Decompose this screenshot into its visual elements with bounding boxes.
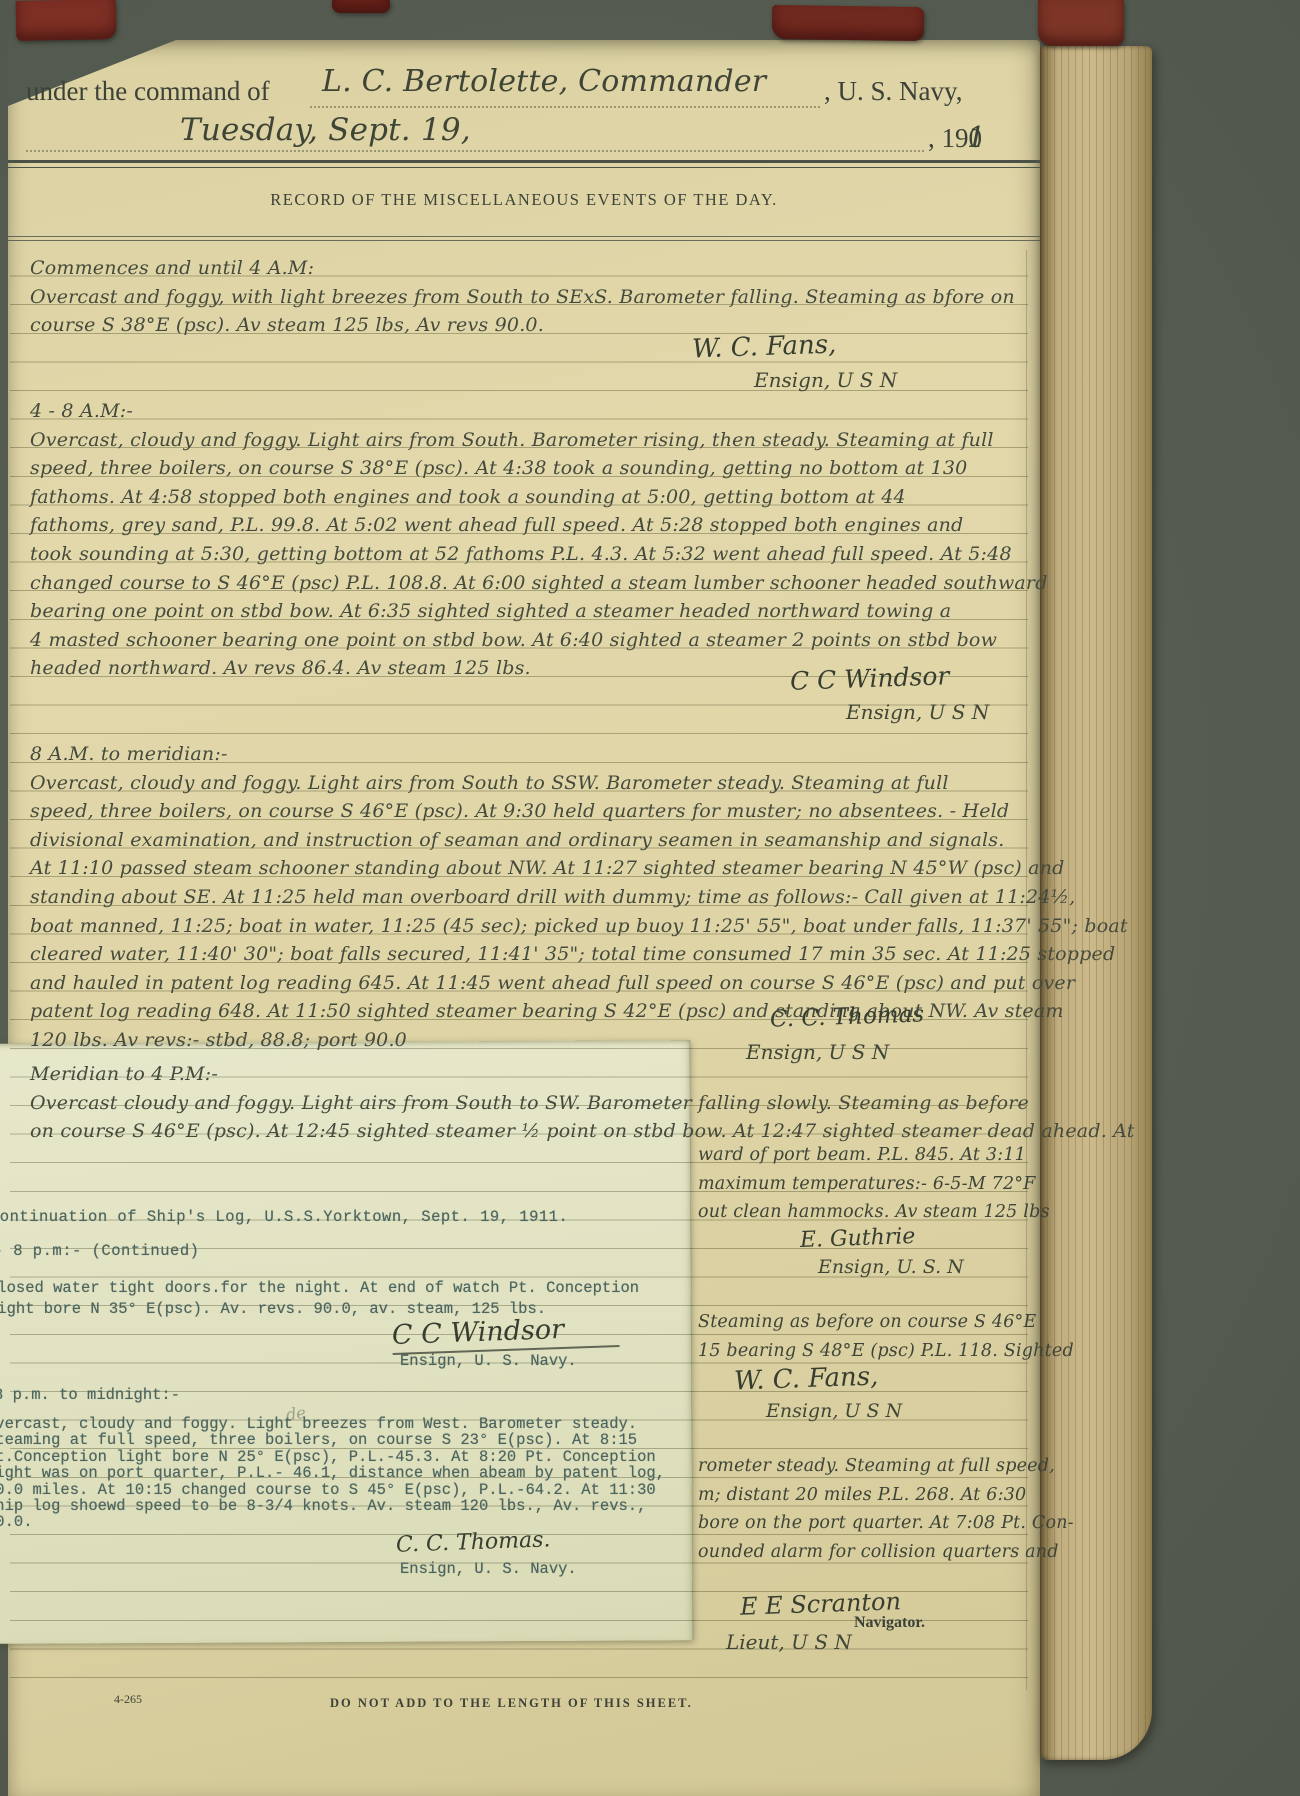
log-line: changed course to S 46°E (psc) P.L. 108.…: [30, 569, 1035, 598]
log-entry-4-8am: 4 - 8 A.M:- Overcast, cloudy and foggy. …: [30, 397, 1035, 683]
log-line: ward of port beam. P.L. 845. At 3:11: [698, 1141, 1043, 1170]
log-line: cleared water, 11:40' 30"; boat falls se…: [30, 940, 1035, 969]
form-number: 4-265: [114, 1692, 142, 1707]
log-line: Overcast, cloudy and foggy. Light airs f…: [30, 426, 1035, 455]
ship-log-page-scan: under the command of L. C. Bertolette, C…: [0, 0, 1300, 1796]
log-line: rometer steady. Steaming at full speed,: [698, 1452, 1043, 1481]
signature: C. C. Thomas: [770, 1001, 925, 1032]
signature-rank: Ensign, U S N: [766, 1400, 902, 1422]
log-line: course S 38°E (psc). Av steam 125 lbs, A…: [30, 311, 1035, 340]
typed-line: 90.0.: [0, 1514, 665, 1530]
title-divider: [8, 236, 1040, 241]
signature-rank: Ensign, U. S. N: [818, 1256, 964, 1278]
log-line: speed, three boilers, on course S 38°E (…: [30, 454, 1035, 483]
slip-subheading: 4 - 8 p.m:- (Continued): [0, 1242, 199, 1260]
log-line: fathoms, grey sand, P.L. 99.8. At 5:02 w…: [30, 511, 1035, 540]
log-line: bore on the port quarter. At 7:08 Pt. Co…: [698, 1509, 1043, 1538]
header-divider: [8, 160, 1040, 168]
commander-name-handwritten: L. C. Bertolette, Commander: [322, 64, 766, 99]
log-line: boat manned, 11:25; boat in water, 11:25…: [30, 912, 1035, 941]
log-entry-commences: Commences and until 4 A.M: Overcast and …: [30, 254, 1035, 340]
signature-rank: Ensign, U S N: [754, 368, 897, 392]
signature: E. Guthrie: [800, 1224, 916, 1253]
fill-in-rule: [26, 150, 924, 152]
slip-title: Continuation of Ship's Log, U.S.S.Yorkto…: [0, 1208, 568, 1226]
entry-heading: 8 A.M. to meridian:-: [30, 740, 1035, 769]
typed-line: Closed water tight doors.for the night. …: [0, 1278, 639, 1299]
right-column-block-night: rometer steady. Steaming at full speed, …: [698, 1452, 1043, 1567]
printed-navy-suffix: , U. S. Navy,: [824, 76, 963, 107]
slip-signature-rank: Ensign, U. S. Navy.: [400, 1352, 577, 1370]
signature: W. C. Fans,: [692, 329, 837, 364]
entry-heading: Meridian to 4 P.M:-: [30, 1060, 1035, 1089]
log-line: 4 masted schooner bearing one point on s…: [30, 626, 1035, 655]
log-line: Steaming as before on course S 46°E: [698, 1308, 1043, 1337]
signature: W. C. Fans,: [734, 1361, 879, 1396]
pencil-note: de: [285, 1403, 307, 1425]
log-line: out clean hammocks. Av steam 125 lbs: [698, 1198, 1043, 1227]
log-line: maximum temperatures:- 6-5-M 72°F: [698, 1170, 1043, 1199]
log-line: Overcast cloudy and foggy. Light airs fr…: [30, 1089, 1035, 1118]
year-digit-handwritten: 1: [967, 120, 986, 154]
log-line: standing about SE. At 11:25 held man ove…: [30, 883, 1035, 912]
slip-heading-8pm: 8 p.m. to midnight:-: [0, 1386, 180, 1404]
log-line: Overcast, cloudy and foggy. Light airs f…: [30, 769, 1035, 798]
year-group: , 1901: [928, 120, 986, 154]
printed-command-prefix: under the command of: [26, 76, 270, 107]
log-line: m; distant 20 miles P.L. 268. At 6:30: [698, 1481, 1043, 1510]
binding-remnant: [332, 0, 390, 13]
typed-line: ship log shoewd speed to be 8-3/4 knots.…: [0, 1498, 665, 1514]
log-line: At 11:10 passed steam schooner standing …: [30, 854, 1035, 883]
binding-remnant: [16, 0, 117, 41]
signature: C C Windsor: [790, 661, 950, 696]
fill-in-rule: [310, 106, 820, 108]
typed-line: Overcast, cloudy and foggy. Light breeze…: [0, 1416, 665, 1432]
log-line: and hauled in patent log reading 645. At…: [30, 969, 1035, 998]
binding-remnant: [1038, 0, 1124, 46]
signature-rank: Lieut, U S N: [726, 1630, 852, 1654]
right-column-block-afternoon: ward of port beam. P.L. 845. At 3:11 max…: [698, 1141, 1043, 1227]
right-column-block-evening: Steaming as before on course S 46°E 15 b…: [698, 1308, 1043, 1365]
signature-rank: Ensign, U S N: [846, 700, 989, 724]
date-handwritten: Tuesday, Sept. 19,: [180, 112, 471, 148]
record-title: RECORD OF THE MISCELLANEOUS EVENTS OF TH…: [8, 190, 1040, 210]
binding-remnant: [772, 5, 924, 41]
log-line: fathoms. At 4:58 stopped both engines an…: [30, 483, 1035, 512]
typed-line: Pt.Conception light bore N 25° E(psc), P…: [0, 1449, 665, 1465]
log-line: took sounding at 5:30, getting bottom at…: [30, 540, 1035, 569]
navigator-label: Navigator.: [854, 1614, 925, 1632]
log-line: bearing one point on stbd bow. At 6:35 s…: [30, 597, 1035, 626]
log-line: ounded alarm for collision quarters and: [698, 1538, 1043, 1567]
log-entry-meridian-4pm: Meridian to 4 P.M:- Overcast cloudy and …: [30, 1060, 1035, 1146]
typed-line: 10.0 miles. At 10:15 changed course to S…: [0, 1482, 665, 1498]
log-line: speed, three boilers, on course S 46°E (…: [30, 797, 1035, 826]
footer-instruction: DO NOT ADD TO THE LENGTH OF THIS SHEET.: [330, 1696, 693, 1711]
typed-line: light was on port quarter, P.L.- 46.1, d…: [0, 1465, 665, 1481]
typed-line: Steaming at full speed, three boilers, o…: [0, 1432, 665, 1448]
slip-paragraph-2: Overcast, cloudy and foggy. Light breeze…: [0, 1416, 665, 1531]
log-line: divisional examination, and instruction …: [30, 826, 1035, 855]
entry-heading: 4 - 8 A.M:-: [30, 397, 1035, 426]
slip-signature-rank: Ensign, U. S. Navy.: [400, 1560, 577, 1578]
entry-heading: Commences and until 4 A.M:: [30, 254, 1035, 283]
log-line: Overcast and foggy, with light breezes f…: [30, 283, 1035, 312]
